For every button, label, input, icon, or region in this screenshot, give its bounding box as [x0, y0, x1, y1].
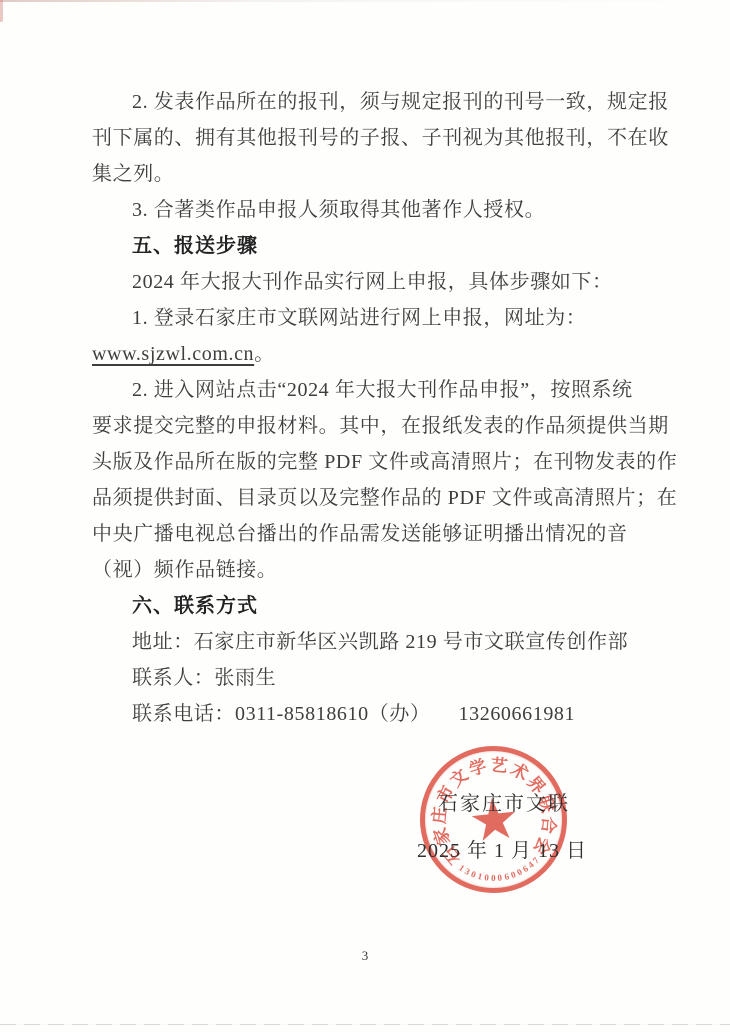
text-line: 联系电话：0311-85818610（办） 13260661981: [92, 696, 658, 732]
website-link[interactable]: www.sjzwl.com.cn: [92, 343, 254, 365]
page-number: 3: [355, 948, 375, 964]
text-line: 2. 进入网站点击“2024 年大报大刊作品申报”，按照系统: [92, 372, 658, 408]
scan-edge-artifact-bottom: [0, 1024, 730, 1025]
text-line: www.sjzwl.com.cn。: [92, 336, 658, 372]
text-line: 2024 年大报大刊作品实行网上申报，具体步骤如下：: [92, 264, 658, 300]
text-line: 1. 登录石家庄市文联网站进行网上申报，网址为：: [92, 300, 658, 336]
signature-org: 石家庄市文联: [438, 787, 570, 816]
text-line: 中央广播电视总台播出的作品需发送能够证明播出情况的音: [92, 516, 658, 552]
text-line: 品须提供封面、目录页以及完整作品的 PDF 文件或高清照片；在: [92, 480, 658, 516]
text-line: 集之列。: [92, 156, 658, 192]
scan-edge-artifact-top: [0, 0, 730, 2]
text-line: 刊下属的、拥有其他报刊号的子报、子刊视为其他报刊，不在收: [92, 120, 658, 156]
text-line: 头版及作品所在版的完整 PDF 文件或高清照片；在刊物发表的作: [92, 444, 658, 480]
scan-edge-artifact-corner: [0, 0, 3, 22]
scanned-document-page: 2. 发表作品所在的报刊，须与规定报刊的刊号一致，规定报刊下属的、拥有其他报刊号…: [0, 0, 730, 1032]
text-line: 要求提交完整的申报材料。其中，在报纸发表的作品须提供当期: [92, 408, 658, 444]
text-line: 3. 合著类作品申报人须取得其他著作人授权。: [92, 192, 658, 228]
text-line: 地址：石家庄市新华区兴凯路 219 号市文联宣传创作部: [92, 624, 658, 660]
section-heading: 六、联系方式: [92, 588, 658, 624]
official-seal-stamp: 石家庄市文学艺术界联合会 1301000600647: [413, 739, 575, 901]
text-line: （视）频作品链接。: [92, 552, 658, 588]
date-line: 2025 年 1 月 13 日: [417, 834, 587, 863]
text-line: 2. 发表作品所在的报刊，须与规定报刊的刊号一致，规定报: [92, 84, 658, 120]
section-heading: 五、报送步骤: [92, 228, 658, 264]
text-line: 联系人：张雨生: [92, 660, 658, 696]
document-body: 2. 发表作品所在的报刊，须与规定报刊的刊号一致，规定报刊下属的、拥有其他报刊号…: [92, 84, 658, 732]
url-suffix: 。: [254, 343, 275, 365]
